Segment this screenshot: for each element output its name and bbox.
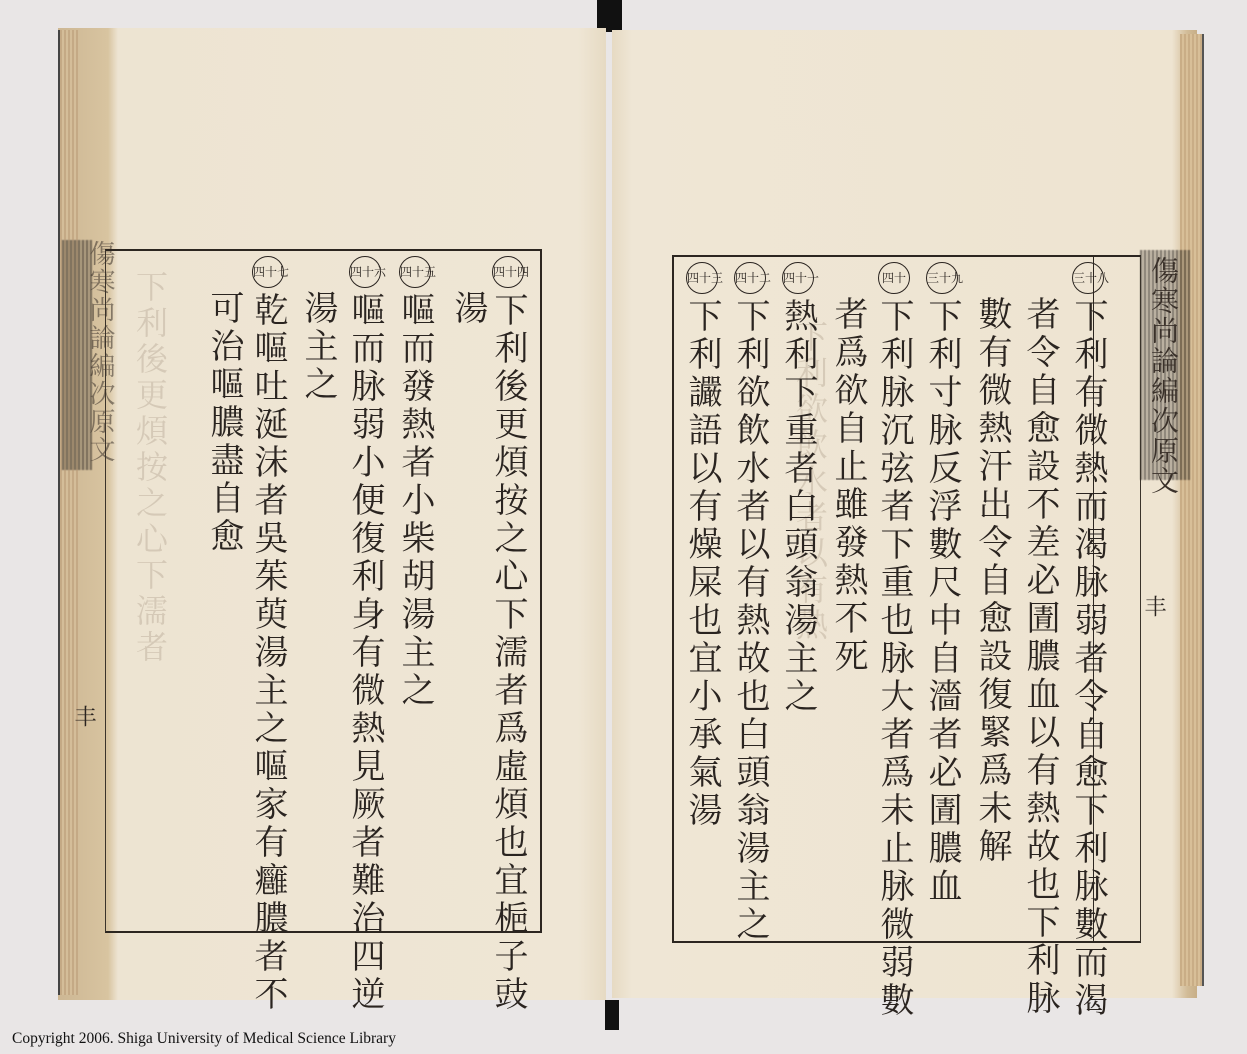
column-text: 嘔而發熱者小柴胡湯主之 — [395, 292, 435, 710]
copyright-notice: Copyright 2006. Shiga University of Medi… — [12, 1030, 396, 1048]
left-column-44: 四十四下利後更煩按之心下濡者爲虛煩也宜梔子豉 — [488, 256, 528, 1014]
right-column-38: 三十八下利有微熱而渴脉弱者令自愈下利脉數而渴 — [1068, 262, 1108, 1020]
column-text: 下利寸脉反浮數尺中自濇者必圊膿血 — [922, 298, 962, 906]
left-column-47: 四十七乾嘔吐涎沫者吳茱萸湯主之嘔家有癰膿者不 — [248, 256, 288, 1014]
column-text: 熱利下重者白頭翁湯主之 — [778, 298, 818, 716]
right-margin-title: 傷寒尚論編次原文 — [1145, 256, 1181, 496]
column-text: 下利脉沉弦者下重也脉大者爲未止脉微弱數 — [874, 298, 914, 1020]
right-column-41: 四十一熱利下重者白頭翁湯主之 — [778, 262, 818, 716]
column-text: 者令自愈設不差必圊膿血以有熱故也下利脉 — [1020, 296, 1060, 1018]
right-fold-marker: 丰 — [1138, 595, 1169, 617]
right-column-42: 四十二下利欲飲水者以有熱故也白頭翁湯主之 — [730, 262, 770, 944]
right-column-39: 三十九下利寸脉反浮數尺中自濇者必圊膿血 — [922, 262, 962, 906]
left-column-46: 四十六嘔而脉弱小便復利身有微熱見厥者難治四逆 — [345, 256, 385, 1014]
entry-number-badge: 四十四 — [492, 256, 524, 288]
column-text: 下利有微熱而渴脉弱者令自愈下利脉數而渴 — [1068, 298, 1108, 1020]
binding-cloth-bottom — [605, 1000, 619, 1030]
entry-number-badge: 四十 — [878, 262, 910, 294]
column-text: 者爲欲自止雖發熱不死 — [828, 296, 868, 676]
show-through-text: 下利後更煩按之心下濡者 — [130, 270, 170, 666]
column-text: 數有微熱汗出令自愈設復緊爲未解 — [972, 296, 1012, 866]
column-text: 下利讝語以有燥屎也宜小承氣湯 — [682, 298, 722, 830]
entry-number-badge: 四十三 — [686, 262, 718, 294]
entry-number-badge: 四十一 — [782, 262, 814, 294]
entry-number-badge: 三十九 — [926, 262, 958, 294]
left-column-44-cont: 湯 — [448, 290, 488, 328]
column-text: 湯主之 — [298, 290, 338, 404]
column-text: 下利欲飲水者以有熱故也白頭翁湯主之 — [730, 298, 770, 944]
left-column-47-cont: 可治嘔膿盡自愈 — [204, 290, 244, 556]
column-text: 可治嘔膿盡自愈 — [204, 290, 244, 556]
column-text: 乾嘔吐涎沫者吳茱萸湯主之嘔家有癰膿者不 — [248, 292, 288, 1014]
column-text: 嘔而脉弱小便復利身有微熱見厥者難治四逆 — [345, 292, 385, 1014]
entry-number-badge: 四十二 — [734, 262, 766, 294]
left-column-45: 四十五嘔而發熱者小柴胡湯主之 — [395, 256, 435, 710]
entry-number-badge: 四十六 — [349, 256, 381, 288]
left-page-edge — [58, 30, 78, 995]
right-page-edge — [1180, 34, 1204, 986]
right-column-43: 四十三下利讝語以有燥屎也宜小承氣湯 — [682, 262, 722, 830]
right-column-38-cont-2: 數有微熱汗出令自愈設復緊爲未解 — [972, 296, 1012, 866]
left-fold-marker: 丰 — [68, 705, 99, 727]
column-text: 下利後更煩按之心下濡者爲虛煩也宜梔子豉 — [488, 292, 528, 1014]
entry-number-badge: 四十七 — [252, 256, 284, 288]
right-column-40: 四十下利脉沉弦者下重也脉大者爲未止脉微弱數 — [874, 262, 914, 1020]
column-text: 湯 — [448, 290, 488, 328]
entry-number-badge: 三十八 — [1072, 262, 1104, 294]
right-column-38-cont-1: 者令自愈設不差必圊膿血以有熱故也下利脉 — [1020, 296, 1060, 1018]
entry-number-badge: 四十五 — [399, 256, 431, 288]
left-column-46-cont: 湯主之 — [298, 290, 338, 404]
right-column-40-cont: 者爲欲自止雖發熱不死 — [828, 296, 868, 676]
